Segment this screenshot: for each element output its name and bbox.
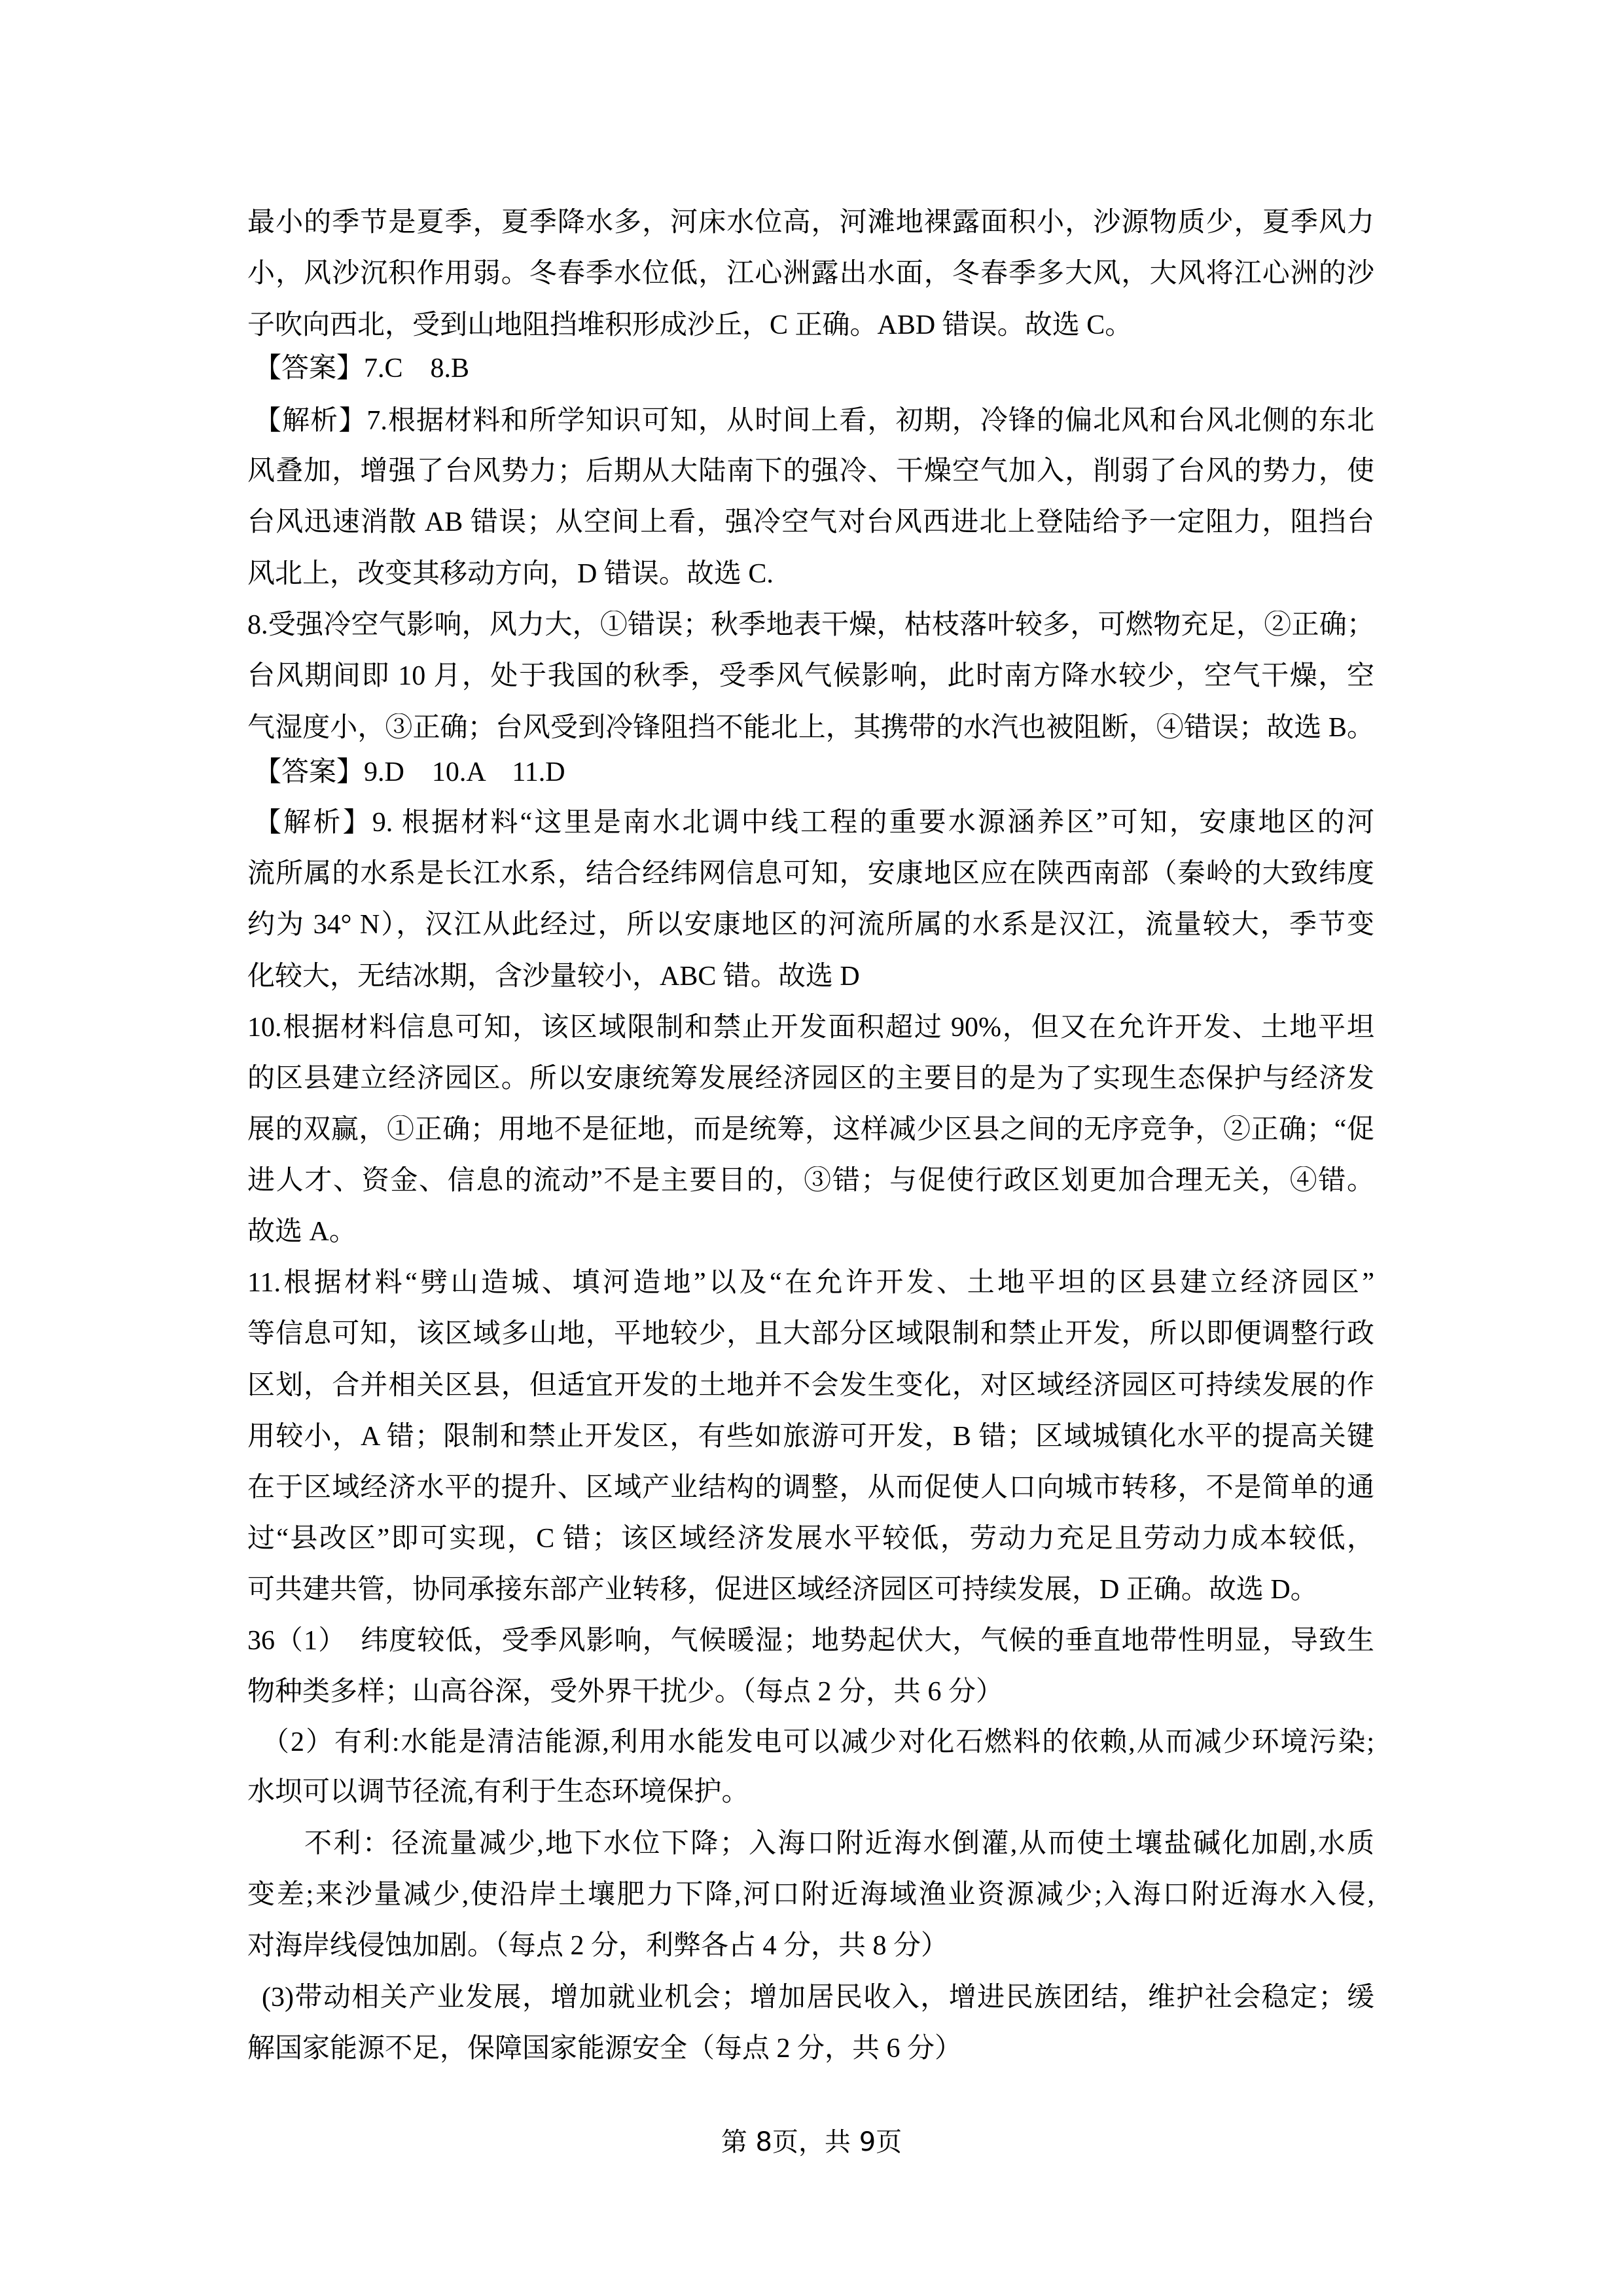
document-page: 最小的季节是夏季，夏季降水多，河床水位高，河滩地裸露面积小，沙源物质少，夏季风力… xyxy=(0,0,1623,2296)
analysis-11-line: 在于区域经济水平的提升、区域产业结构的调整，从而促使人口向城市转移，不是简单的通 xyxy=(247,1473,1374,1502)
text-line: 子吹向西北，受到山地阻挡堆积形成沙丘，C 正确。ABD 错误。故选 C。 xyxy=(247,311,1374,340)
analysis-11-line: 可共建共管，协同承接东部产业转移，促进区域经济园区可持续发展，D 正确。故选 D… xyxy=(247,1575,1374,1604)
analysis-11-line: 过“县改区”即可实现，C 错；该区域经济发展水平较低，劳动力充足且劳动力成本较低… xyxy=(247,1524,1374,1553)
analysis-11-line: 区划，合并相关区县，但适宜开发的土地并不会发生变化，对区域经济园区可持续发展的作 xyxy=(247,1371,1374,1400)
analysis-10-line: 故选 A。 xyxy=(247,1217,1374,1246)
page-number-footer: 第 8页，共 9页 xyxy=(0,2127,1623,2157)
q36-part2-line: 水坝可以调节径流,有利于生态环境保护。 xyxy=(247,1778,1374,1806)
q36-part2-line: 不利：径流量减少,地下水位下降；入海口附近海水倒灌,从而使土壤盐碱化加剧,水质 xyxy=(304,1829,1374,1858)
analysis-7-line: 风叠加，增强了台风势力；后期从大陆南下的强冷、干燥空气加入，削弱了台风的势力，使 xyxy=(247,457,1374,486)
analysis-9-line: 约为 34° N），汉江从此经过，所以安康地区的河流所属的水系是汉江，流量较大，… xyxy=(247,910,1374,939)
analysis-7-line: 风北上，改变其移动方向，D 错误。故选 C. xyxy=(247,560,1374,588)
analysis-10-line: 进人才、资金、信息的流动”不是主要目的，③错；与促使行政区划更加合理无关，④错。 xyxy=(247,1166,1374,1195)
q36-part1-line: 物种类多样；山高谷深，受外界干扰少。（每点 2 分，共 6 分） xyxy=(247,1677,1374,1706)
analysis-8-line: 台风期间即 10 月，处于我国的秋季，受季风气候影响，此时南方降水较少，空气干燥… xyxy=(247,662,1374,691)
q36-part2-line: 变差;来沙量减少,使沿岸土壤肥力下降,河口附近海域渔业资源减少;入海口附近海水入… xyxy=(247,1880,1374,1909)
analysis-10-line: 10.根据材料信息可知，该区域限制和禁止开发面积超过 90%，但又在允许开发、土… xyxy=(247,1013,1374,1042)
text-line: 最小的季节是夏季，夏季降水多，河床水位高，河滩地裸露面积小，沙源物质少，夏季风力 xyxy=(247,208,1374,237)
analysis-7-line: 台风迅速消散 AB 错误；从空间上看，强冷空气对台风西进北上登陆给予一定阻力，阻… xyxy=(247,508,1374,537)
analysis-9-line: 化较大，无结冰期，含沙量较小，ABC 错。故选 D xyxy=(247,962,1374,991)
answer-line-9-11: 【答案】9.D 10.A 11.D xyxy=(254,758,1374,787)
q36-part3-line: (3)带动相关产业发展，增加就业机会；增加居民收入，增进民族团结，维护社会稳定；… xyxy=(262,1983,1374,2012)
q36-part2-line: （2）有利:水能是清洁能源,利用水能发电可以减少对化石燃料的依赖,从而减少环境污… xyxy=(262,1728,1374,1757)
analysis-10-line: 的区县建立经济园区。所以安康统筹发展经济园区的主要目的是为了实现生态保护与经济发 xyxy=(247,1064,1374,1093)
q36-part1-line: 36（1） 纬度较低，受季风影响，气候暖湿；地势起伏大，气候的垂直地带性明显，导… xyxy=(247,1626,1374,1655)
analysis-11-line: 11.根据材料“劈山造城、填河造地”以及“在允许开发、土地平坦的区县建立经济园区… xyxy=(247,1268,1374,1297)
analysis-10-line: 展的双赢，①正确；用地不是征地，而是统筹，这样减少区县之间的无序竞争，②正确；“… xyxy=(247,1115,1374,1144)
analysis-8-line: 8.受强冷空气影响，风力大，①错误；秋季地表干燥，枯枝落叶较多，可燃物充足，②正… xyxy=(247,611,1374,639)
analysis-11-line: 等信息可知，该区域多山地，平地较少，且大部分区域限制和禁止开发，所以即便调整行政 xyxy=(247,1319,1374,1348)
q36-part3-line: 解国家能源不足，保障国家能源安全（每点 2 分，共 6 分） xyxy=(247,2034,1374,2063)
q36-part2-line: 对海岸线侵蚀加剧。（每点 2 分，利弊各占 4 分，共 8 分） xyxy=(247,1931,1374,1960)
answer-line-7-8: 【答案】7.C 8.B xyxy=(254,354,1374,383)
analysis-8-line: 气湿度小，③正确；台风受到冷锋阻挡不能北上，其携带的水汽也被阻断，④错误；故选 … xyxy=(247,713,1374,742)
analysis-9-line: 【解析】9. 根据材料“这里是南水北调中线工程的重要水源涵养区”可知，安康地区的… xyxy=(254,808,1374,837)
analysis-9-line: 流所属的水系是长江水系，结合经纬网信息可知，安康地区应在陕西南部（秦岭的大致纬度 xyxy=(247,859,1374,888)
analysis-11-line: 用较小，A 错；限制和禁止开发区，有些如旅游可开发，B 错；区域城镇化水平的提高… xyxy=(247,1422,1374,1451)
text-line: 小，风沙沉积作用弱。冬春季水位低，江心洲露出水面，冬春季多大风，大风将江心洲的沙 xyxy=(247,259,1374,288)
analysis-7-line: 【解析】7.根据材料和所学知识可知，从时间上看，初期，冷锋的偏北风和台风北侧的东… xyxy=(254,406,1374,435)
